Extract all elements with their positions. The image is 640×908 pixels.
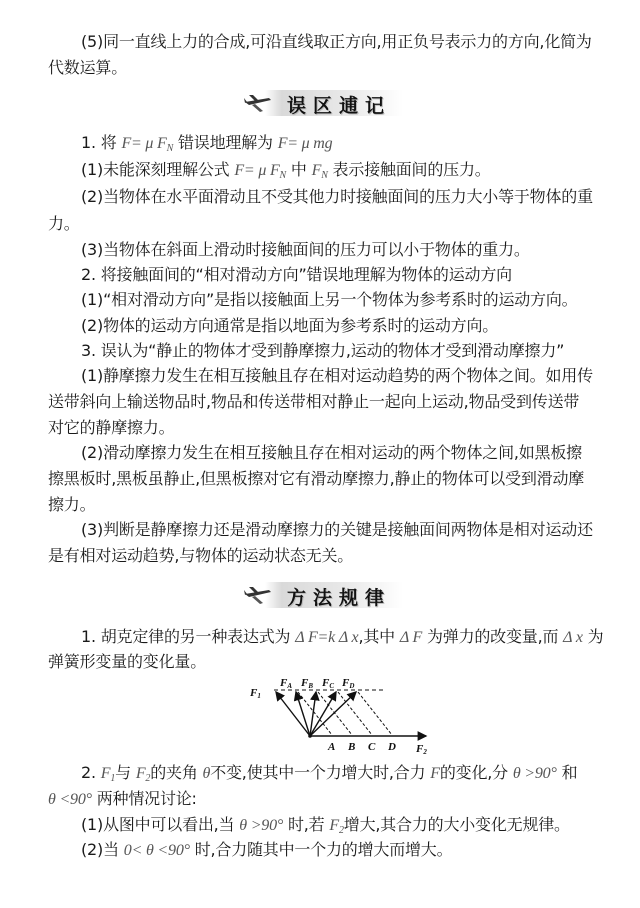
label-A: A [327,741,335,753]
paragraph-line: 2. F1与 F2的夹角 θ不变,使其中一个力增大时,合力 F的变化,分 θ >… [81,763,577,789]
paragraph-line: (2)滑动摩擦力发生在相互接触且存在相对运动的两个物体之间,如黑板擦 [81,443,582,463]
formula: F2 [136,765,150,782]
label-C: C [368,741,376,753]
label-FB: FB [300,677,313,690]
formula: FN [312,162,328,179]
paragraph-line: 对它的静摩擦力。 [48,418,174,438]
paragraph-line: θ <90° 两种情况讨论: [48,789,197,810]
paragraph-line: (1)从图中可以看出,当 θ >90° 时,若 F2增大,其合力的大小变化无规律… [81,815,570,841]
formula: Δ F=k Δ x [295,629,358,646]
item-heading: 1. 将 F= μ FN 错误地理解为 F= μ mg [81,133,332,159]
paragraph-line: (3)当物体在斜面上滑动时接触面间的压力可以小于物体的重力。 [81,240,530,260]
section-header-methods: 方法规律 [243,580,403,610]
formula: θ <90° [48,791,92,808]
formula: F= μ FN [121,135,173,152]
paragraph-line: (3)判断是静摩擦力还是滑动摩擦力的关键是接触面间两物体是相对运动还 [81,520,593,540]
paragraph-line: 擦黑板时,黑板虽静止,但黑板擦对它有滑动摩擦力,静止的物体可以受到滑动摩 [48,469,584,489]
paragraph-line: (1)“相对滑动方向”是指以接触面上另一个物体为参考系时的运动方向。 [81,290,577,310]
formula: Δ F [400,629,422,646]
section-title: 误区逋记 [287,91,391,118]
airplane-icon [243,584,273,606]
section-title: 方法规律 [287,583,391,610]
formula: 0< θ <90° [124,842,190,859]
formula: F= μ mg [278,135,333,152]
label-D: D [387,741,396,753]
formula: F2 [329,817,343,834]
paragraph-line: 送带斜向上输送物品时,物品和传送带相对静止一起向上运动,物品受到传送带 [48,392,579,412]
paragraph-line: 代数运算。 [48,58,127,78]
label-F2: F2 [415,743,427,756]
paragraph-line: 弹簧形变量的变化量。 [48,652,206,672]
paragraph-line: (2)物体的运动方向通常是指以地面为参考系时的运动方向。 [81,316,498,336]
paragraph-line: 力。 [48,214,80,234]
formula: Δ x [563,629,583,646]
force-diagram: F1 FA FB FC FD A B C D F2 [246,672,431,757]
paragraph-line: (2)当物体在水平面滑动且不受其他力时接触面间的压力大小等于物体的重 [81,187,593,207]
text: 错误地理解为 [173,133,278,152]
item-heading: 2. 将接触面间的“相对滑动方向”错误地理解为物体的运动方向 [81,265,512,285]
formula: θ >90° [239,817,283,834]
label-F1: F1 [249,687,261,700]
airplane-icon [243,92,273,114]
label-FD: FD [341,677,354,690]
label-FC: FC [321,677,334,690]
paragraph-line: 是有相对运动趋势,与物体的运动状态无关。 [48,546,353,566]
formula: θ >90° [513,765,557,782]
formula: F= μ FN [234,162,286,179]
text: 1. 将 [81,133,121,152]
paragraph-line: 1. 胡克定律的另一种表达式为 Δ F=k Δ x,其中 Δ F 为弹力的改变量… [81,627,603,648]
label-B: B [347,741,355,753]
paragraph-line: (5)同一直线上力的合成,可沿直线取正方向,用正负号表示力的方向,化简为 [81,32,592,52]
item-heading: 3. 误认为“静止的物体才受到静摩擦力,运动的物体才受到滑动摩擦力” [81,341,564,361]
label-FA: FA [279,677,292,690]
formula: F1 [101,765,115,782]
paragraph-line: (1)未能深刻理解公式 F= μ FN 中 FN 表示接触面间的压力。 [81,160,491,186]
paragraph-line: 擦力。 [48,495,95,515]
section-header-mistakes: 误区逋记 [243,88,403,118]
paragraph-line: (2)当 0< θ <90° 时,合力随其中一个力的增大而增大。 [81,840,452,861]
paragraph-line: (1)静摩擦力发生在相互接触且存在相对运动趋势的两个物体之间。如用传 [81,366,593,386]
formula: F [430,765,440,782]
